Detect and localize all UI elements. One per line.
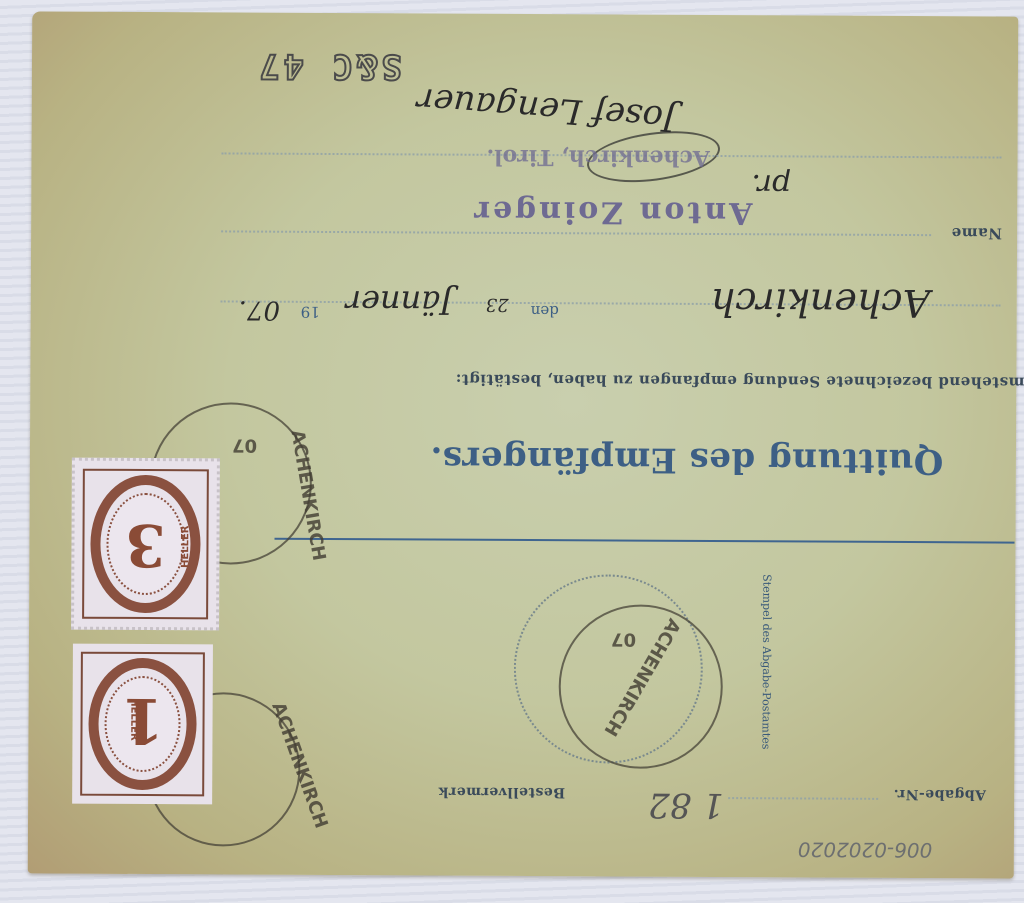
number-label: Abgabe-Nr. (893, 786, 986, 802)
stamp-unit: HELLER (128, 698, 139, 741)
postmark-year: 07 (611, 628, 636, 649)
per-annotation: pr. (751, 167, 791, 202)
stamp-value: 3 (74, 511, 216, 580)
year-suffix: 07. (239, 295, 281, 325)
perfin-perforation: S&C 47 (282, 31, 402, 102)
name-label: Name (951, 224, 1002, 242)
perfin-text: S&C 47 (282, 31, 402, 102)
place-name: Achenkirch (711, 280, 930, 325)
year-prefix: 19 (301, 303, 320, 321)
stamp-unit: HELLER (180, 525, 191, 568)
dotted-line (221, 230, 931, 236)
postmark-town: ACHENKIRCH (267, 699, 331, 831)
pencil-inventory-note: 006-0202020 (798, 837, 933, 862)
divider-rule (275, 538, 1015, 544)
postmark: ACHENKIRCH 07 (558, 604, 723, 769)
delivery-label: Bestellvermerk (438, 784, 565, 801)
receipt-heading: Quittung des Empfängers. (430, 439, 944, 482)
stamp-value: 1 (72, 684, 212, 758)
date-day: 23 (486, 294, 509, 315)
stamp-area-label: Stempel des Abgabe-Postamtes (760, 574, 774, 749)
rubber-stamp-line-2: Achenkirch, Tirol. (486, 144, 710, 171)
postal-receipt-document: S&C 47 Josef Lengauer Achenkirch, Tirol.… (28, 11, 1018, 878)
confirmation-text: Umstehend bezeichnete Sendung empfangen … (455, 371, 1024, 392)
postmark-town: ACHENKIRCH (286, 428, 329, 562)
postmark-year: 07 (232, 434, 257, 455)
postage-due-stamp-1-heller: 1 HELLER (72, 644, 213, 805)
stamp-area-label-text: Stempel des Abgabe-Postamtes (760, 574, 774, 749)
signature: Josef Lengauer (416, 79, 678, 138)
dotted-line (728, 797, 878, 800)
date-prefix: den (531, 302, 559, 320)
delivery-number: 1 82 (648, 785, 724, 825)
rubber-stamp-line-1: Anton Zoinger (471, 194, 752, 230)
date-month: Jänner (346, 283, 454, 322)
postage-due-stamp-3-heller: 3 HELLER (71, 458, 220, 631)
